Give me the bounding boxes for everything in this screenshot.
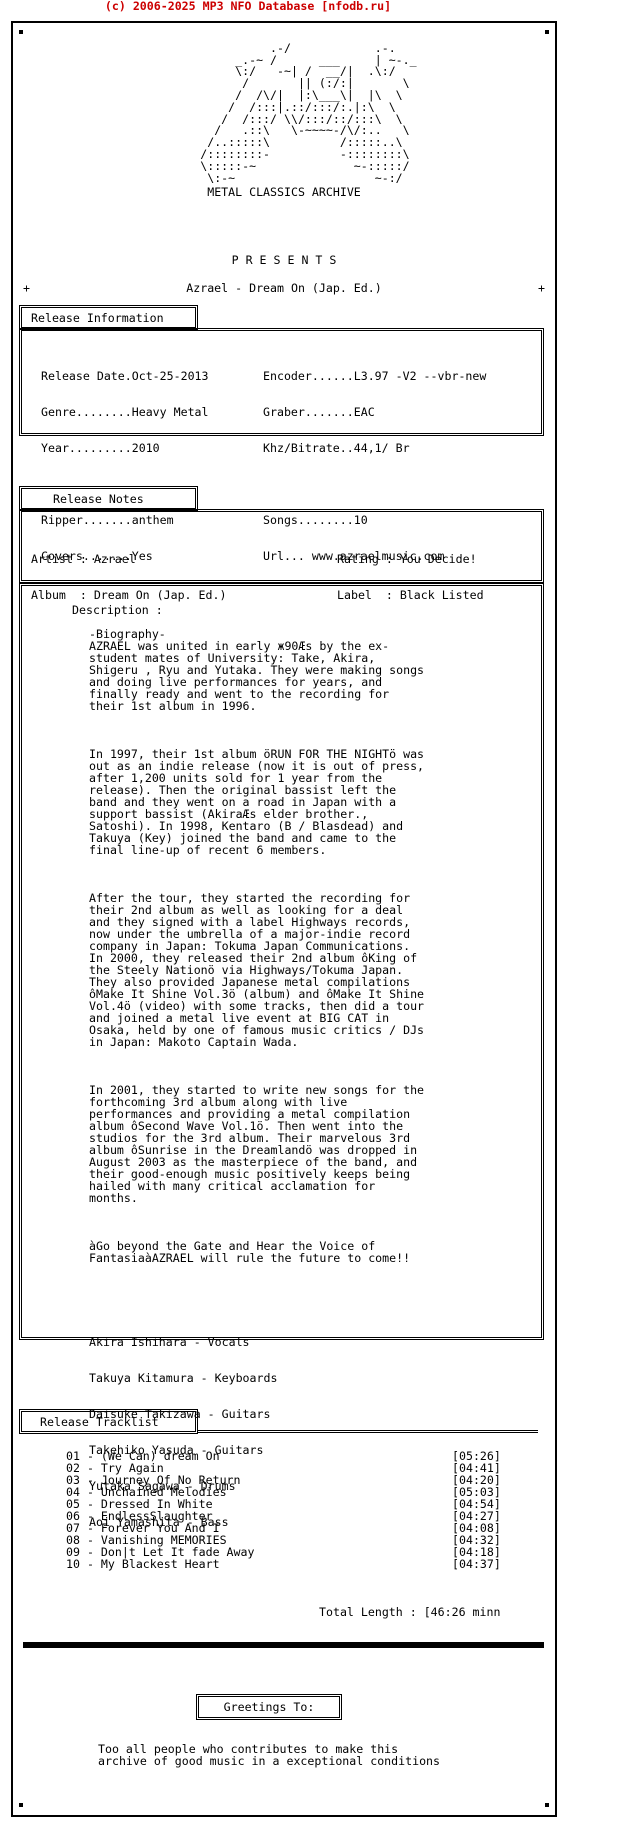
corner-marker-icon bbox=[545, 1803, 549, 1807]
track-row: 10 - My Blackest Heart[04:37] bbox=[66, 1558, 506, 1570]
logo-ascii-art: .-/ .-. _.-~ / ___ | ~-._ \:/ -~| / __/|… bbox=[179, 43, 416, 185]
greetings-text: Too all people who contributes to make t… bbox=[98, 1743, 440, 1767]
tracklist: 01 - (We Can) dream On[05:26]02 - Try Ag… bbox=[66, 1450, 506, 1570]
description-paragraph: àGo beyond the Gate and Hear the Voice o… bbox=[89, 1240, 424, 1264]
track-title: My Blackest Heart bbox=[101, 1557, 220, 1571]
description-paragraph: After the tour, they started the recordi… bbox=[89, 892, 424, 1048]
separator-bar bbox=[23, 1642, 544, 1648]
description-label: Description : bbox=[72, 604, 163, 616]
tab-label: Release Information bbox=[22, 312, 164, 324]
tab-label: Release Tracklist bbox=[22, 1416, 159, 1428]
tab-label: Release Notes bbox=[22, 493, 144, 505]
tab-release-notes: Release Notes bbox=[19, 486, 198, 511]
info-genre: Genre........Heavy Metal bbox=[41, 406, 209, 418]
info-bitrate: Khz/Bitrate..44,1/ Br bbox=[263, 442, 486, 454]
tab-release-tracklist: Release Tracklist bbox=[19, 1409, 198, 1434]
greetings-header: Greetings To: bbox=[196, 1694, 342, 1720]
title-right-marker: + bbox=[538, 282, 545, 294]
logo: .-/ .-. _.-~ / ___ | ~-._ \:/ -~| / __/|… bbox=[13, 31, 555, 196]
description-paragraph: In 2001, they started to write new songs… bbox=[89, 1084, 424, 1204]
member-item: Takuya Kitamura - Keyboards bbox=[89, 1372, 424, 1384]
info-release-date: Release Date.Oct-25-2013 bbox=[41, 370, 209, 382]
description-paragraph: In 1997, their 1st album öRUN FOR THE NI… bbox=[89, 748, 424, 856]
info-year: Year.........2010 bbox=[41, 442, 209, 454]
total-length: Total Length : [46:26 minn bbox=[319, 1606, 500, 1618]
tab-release-information: Release Information bbox=[19, 305, 198, 330]
description-paragraph: -Biography- AZRAEL was united in early ж… bbox=[89, 628, 424, 712]
track-length: [04:37] bbox=[452, 1558, 501, 1570]
info-graber: Graber.......EAC bbox=[263, 406, 486, 418]
track-number: 10 bbox=[66, 1557, 80, 1571]
notes-artist: Artist : Azrael bbox=[31, 553, 226, 565]
release-notes-summary-box: Artist : Azrael Album : Dream On (Jap. E… bbox=[19, 509, 544, 583]
greetings-label: Greetings To: bbox=[224, 1701, 315, 1713]
member-item: Akira Ishihara - Vocals bbox=[89, 1336, 424, 1348]
presents-heading: P R E S E N T S bbox=[13, 254, 555, 266]
nfo-frame: .-/ .-. _.-~ / ___ | ~-._ \:/ -~| / __/|… bbox=[11, 21, 557, 1817]
corner-marker-icon bbox=[19, 1803, 23, 1807]
description-box: Description : -Biography- AZRAEL was uni… bbox=[19, 583, 544, 1340]
logo-caption: METAL CLASSICS ARCHIVE bbox=[13, 186, 555, 198]
copyright-banner: (c) 2006-2025 MP3 NFO Database [nfodb.ru… bbox=[0, 0, 496, 12]
notes-rating: Rating : You Decide! bbox=[337, 553, 484, 565]
tracklist-divider bbox=[197, 1430, 538, 1433]
release-info-box: Release Date.Oct-25-2013 Genre........He… bbox=[19, 328, 544, 436]
release-title: Azrael - Dream On (Jap. Ed.) bbox=[13, 282, 555, 294]
info-encoder: Encoder......L3.97 -V2 --vbr-new bbox=[263, 370, 486, 382]
track-separator: - bbox=[80, 1557, 101, 1571]
